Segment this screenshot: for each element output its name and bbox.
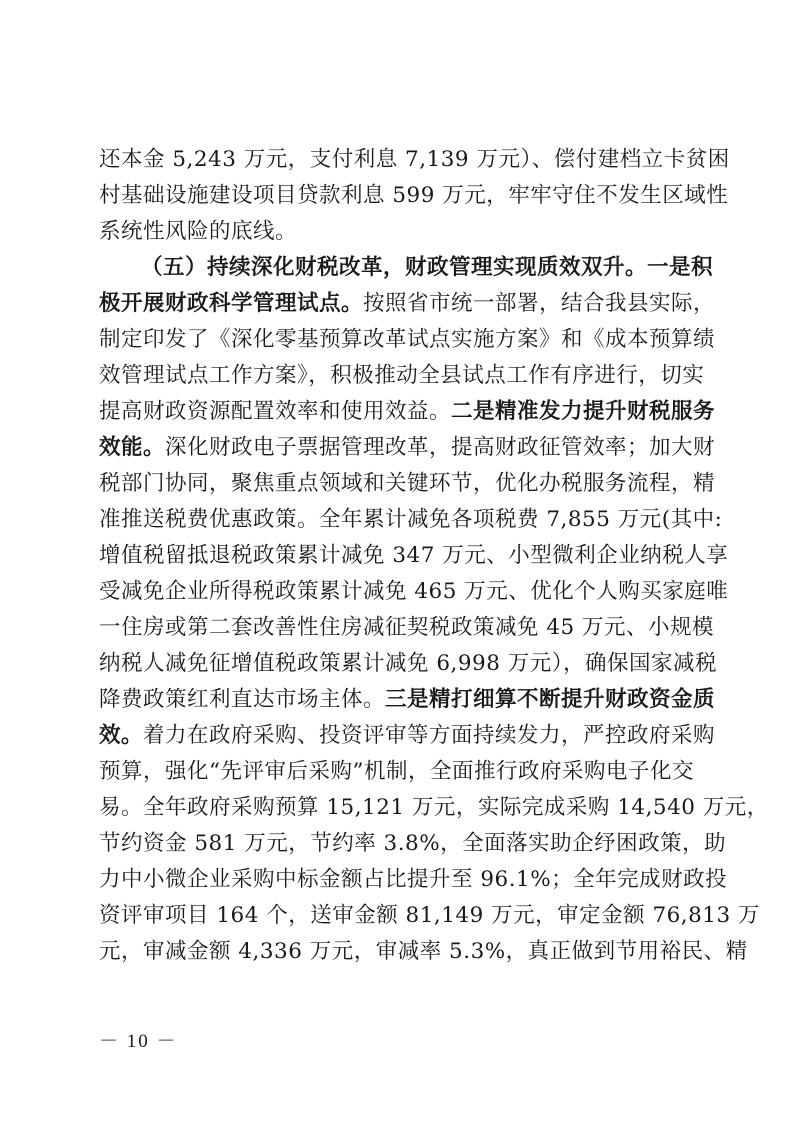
text-line: 提高财政资源配置效率和使用效益。二是精准发力提升财税服务 bbox=[99, 394, 689, 430]
text-line: 一住房或第二套改善性住房减征契税政策减免 45 万元、小规模 bbox=[99, 610, 689, 646]
bold-lead: 二是精准发力提升财税服务 bbox=[451, 399, 715, 424]
bold-lead: 效。 bbox=[99, 723, 143, 748]
text-line: 效。着力在政府采购、投资评审等方面持续发力，严控政府采购 bbox=[99, 718, 689, 754]
bold-lead: 极开展财政科学管理试点。 bbox=[99, 291, 363, 316]
text-line: 纳税人减免征增值税政策累计减免 6,998 万元），确保国家减税 bbox=[99, 646, 689, 682]
text-line: 元，审减金额 4,336 万元，审减率 5.3%，真正做到节用裕民、精 bbox=[99, 934, 689, 970]
section-heading: （五）持续深化财税改革，财政管理实现质效双升。一是积 bbox=[141, 255, 713, 280]
section-heading-line: （五）持续深化财税改革，财政管理实现质效双升。一是积 bbox=[99, 250, 689, 286]
text-line: 系统性风险的底线。 bbox=[99, 214, 689, 250]
text-line: 准推送税费优惠政策。全年累计减免各项税费 7,855 万元(其中: bbox=[99, 502, 689, 538]
text-line: 受减免企业所得税政策累计减免 465 万元、优化个人购买家庭唯 bbox=[99, 574, 689, 610]
text-line: 资评审项目 164 个，送审金额 81,149 万元，审定金额 76,813 万 bbox=[99, 898, 689, 934]
text-line: 预算，强化“先评审后采购”机制，全面推行政府采购电子化交 bbox=[99, 754, 689, 790]
text-line: 效管理试点工作方案》，积极推动全县试点工作有序进行，切实 bbox=[99, 358, 689, 394]
text-line: 力中小微企业采购中标金额占比提升至 96.1%；全年完成财政投 bbox=[99, 862, 689, 898]
text-line: 还本金 5,243 万元，支付利息 7,139 万元）、偿付建档立卡贫困 bbox=[99, 142, 689, 178]
document-body: 还本金 5,243 万元，支付利息 7,139 万元）、偿付建档立卡贫困 村基础… bbox=[99, 142, 689, 970]
text-line: 节约资金 581 万元，节约率 3.8%，全面落实助企纾困政策，助 bbox=[99, 826, 689, 862]
text-line: 制定印发了《深化零基预算改革试点实施方案》和《成本预算绩 bbox=[99, 322, 689, 358]
text-line: 易。全年政府采购预算 15,121 万元，实际完成采购 14,540 万元， bbox=[99, 790, 689, 826]
bold-lead: 效能。 bbox=[99, 435, 165, 460]
text-line: 增值税留抵退税政策累计减免 347 万元、小型微利企业纳税人享 bbox=[99, 538, 689, 574]
text-line: 效能。深化财政电子票据管理改革，提高财政征管效率；加大财 bbox=[99, 430, 689, 466]
bold-lead: 三是精打细算不断提升财政资金质 bbox=[385, 687, 715, 712]
text-line: 税部门协同，聚焦重点领域和关键环节，优化办税服务流程，精 bbox=[99, 466, 689, 502]
text-line: 村基础设施建设项目贷款利息 599 万元，牢牢守住不发生区域性 bbox=[99, 178, 689, 214]
text-line: 极开展财政科学管理试点。按照省市统一部署，结合我县实际， bbox=[99, 286, 689, 322]
text-line: 降费政策红利直达市场主体。三是精打细算不断提升财政资金质 bbox=[99, 682, 689, 718]
page-number: － 10 － bbox=[99, 1026, 178, 1053]
